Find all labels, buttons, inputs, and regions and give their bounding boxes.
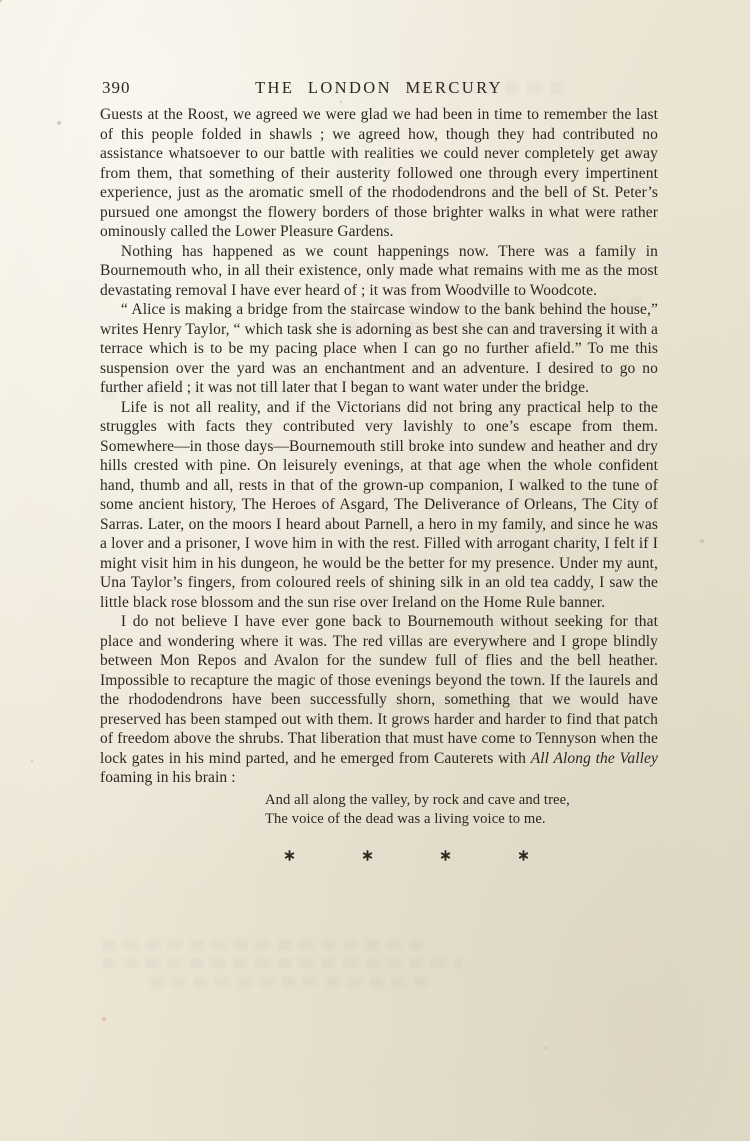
bleed-through-smudge [102, 940, 432, 950]
asterisk-icon [440, 850, 451, 861]
text-segment: Life is not all reality, and if the Vict… [100, 399, 658, 611]
paragraph-container: Guests at the Roost, we agreed we were g… [100, 105, 658, 788]
bleed-through-smudge [150, 977, 430, 987]
running-title: THE LONDON MERCURY [100, 78, 658, 98]
verse-line: And all along the valley, by rock and ca… [265, 791, 658, 810]
paragraph: Life is not all reality, and if the Vict… [100, 398, 658, 613]
verse-quote: And all along the valley, by rock and ca… [265, 791, 658, 829]
paper-specks [0, 0, 2, 2]
paragraph: I do not believe I have ever gone back t… [100, 612, 658, 788]
page-header: 390 THE LONDON MERCURY [100, 78, 658, 100]
asterisk-icon [284, 850, 295, 861]
asterisk-separator [127, 850, 685, 861]
paragraph: “ Alice is making a bridge from the stai… [100, 300, 658, 398]
text-segment: Guests at the Roost, we agreed we were g… [100, 106, 658, 240]
verse-line: The voice of the dead was a living voice… [265, 810, 658, 829]
asterisk-icon [518, 850, 529, 861]
article-body: Guests at the Roost, we agreed we were g… [100, 105, 658, 861]
paragraph: Nothing has happened as we count happeni… [100, 242, 658, 301]
text-segment: I do not believe I have ever gone back t… [100, 613, 658, 767]
scanned-book-page: 390 THE LONDON MERCURY Guests at the Roo… [0, 0, 750, 1141]
asterisk-icon [362, 850, 373, 861]
text-segment: “ Alice is making a bridge from the stai… [100, 301, 658, 396]
bleed-through-smudge [102, 958, 462, 968]
paragraph: Guests at the Roost, we agreed we were g… [100, 105, 658, 242]
text-segment: foaming in his brain : [100, 769, 236, 786]
text-segment: Nothing has happened as we count happeni… [100, 243, 658, 299]
italic-phrase: All Along the Valley [531, 750, 658, 767]
